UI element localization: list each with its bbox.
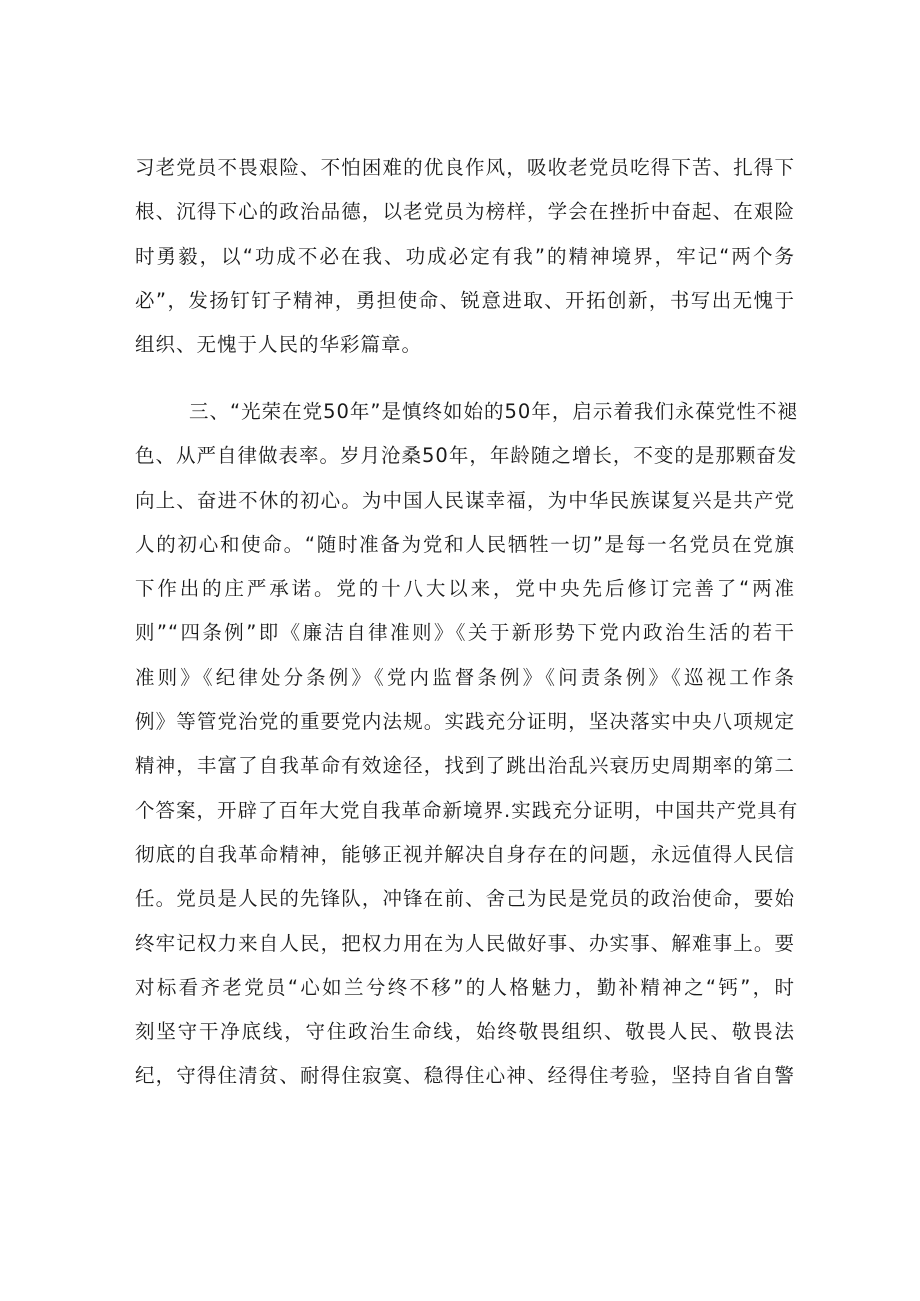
text-line: 时勇毅，以“功成不必在我、功成必定有我”的精神境界，牢记“两个务	[135, 235, 795, 279]
text-line: 根、沉得下心的政治品德，以老党员为榜样，学会在挫折中奋起、在艰险	[135, 190, 795, 234]
document-page: 习老党员不畏艰险、不怕困难的优良作风，吸收老党员吃得下苦、扎得下 根、沉得下心的…	[0, 0, 920, 1301]
text-line: 例》等管党治党的重要党内法规。实践充分证明，坚决落实中央八项规定	[135, 700, 795, 744]
text-line: 必”，发扬钉钉子精神，勇担使命、锐意进取、开拓创新，书写出无愧于	[135, 279, 795, 323]
text-line: 组织、无愧于人民的华彩篇章。	[135, 323, 795, 367]
text-line: 纪，守得住清贫、耐得住寂寞、稳得住心神、经得住考验，坚持自省自警	[135, 1054, 795, 1098]
text-line: 准则》《纪律处分条例》《党内监督条例》《问责条例》《巡视工作条	[135, 656, 795, 700]
text-line: 终牢记权力来自人民，把权力用在为人民做好事、办实事、解难事上。要	[135, 922, 795, 966]
text-line: 色、从严自律做表率。岁月沧桑50年，年龄随之增长，不变的是那颗奋发	[135, 434, 795, 478]
text-line: 个答案，开辟了百年大党自我革命新境界.实践充分证明，中国共产党具有	[135, 789, 795, 833]
text-line-heading: 三、“光荣在党50年”是慎终如始的50年，启示着我们永葆党性不褪	[135, 390, 795, 434]
paragraph-2-section-three: 三、“光荣在党50年”是慎终如始的50年，启示着我们永葆党性不褪 色、从严自律做…	[135, 390, 795, 1099]
text-line: 任。党员是人民的先锋队，冲锋在前、舍己为民是党员的政治使命，要始	[135, 877, 795, 921]
text-line: 下作出的庄严承诺。党的十八大以来，党中央先后修订完善了“两准	[135, 567, 795, 611]
text-line: 习老党员不畏艰险、不怕困难的优良作风，吸收老党员吃得下苦、扎得下	[135, 146, 795, 190]
text-line: 人的初心和使命。“随时准备为党和人民牺牲一切”是每一名党员在党旗	[135, 523, 795, 567]
paragraph-1: 习老党员不畏艰险、不怕困难的优良作风，吸收老党员吃得下苦、扎得下 根、沉得下心的…	[135, 146, 795, 367]
text-line: 向上、奋进不休的初心。为中国人民谋幸福，为中华民族谋复兴是共产党	[135, 479, 795, 523]
text-line: 则”“四条例”即《廉洁自律准则》《关于新形势下党内政治生活的若干	[135, 611, 795, 655]
text-line: 彻底的自我革命精神，能够正视并解决自身存在的问题，永远值得人民信	[135, 833, 795, 877]
text-line: 对标看齐老党员“心如兰兮终不移”的人格魅力，勤补精神之“钙”，时	[135, 966, 795, 1010]
text-line: 精神，丰富了自我革命有效途径，找到了跳出治乱兴衰历史周期率的第二	[135, 744, 795, 788]
text-line: 刻坚守干净底线，守住政治生命线，始终敬畏组织、敬畏人民、敬畏法	[135, 1010, 795, 1054]
